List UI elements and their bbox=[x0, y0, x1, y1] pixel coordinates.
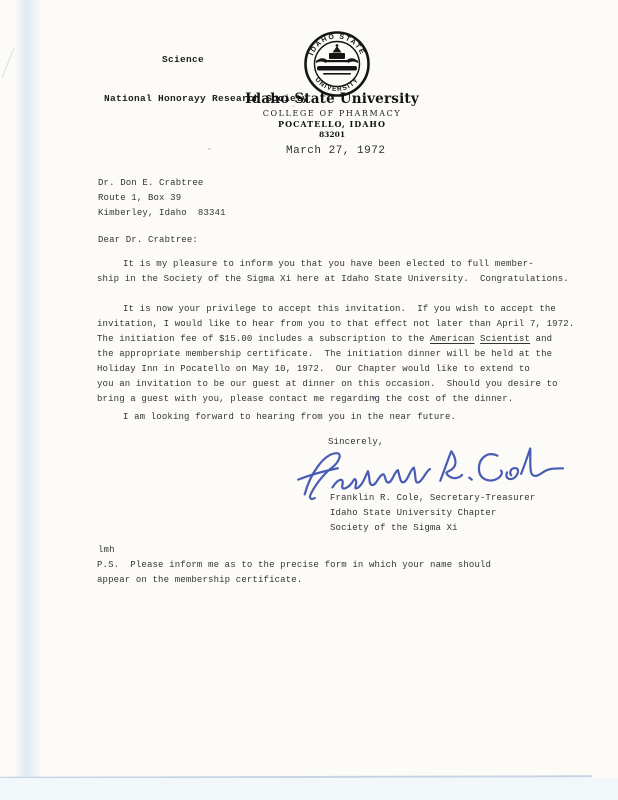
body-paragraph-3: I am looking forward to hearing from you… bbox=[97, 410, 577, 425]
letterhead-college: COLLEGE OF PHARMACY bbox=[231, 109, 433, 118]
postscript: P.S. Please inform me as to the precise … bbox=[97, 558, 577, 588]
pencil-mark bbox=[0, 44, 20, 80]
typist-initials: lmh bbox=[98, 543, 115, 558]
letterhead-city: POCATELLO, IDAHO bbox=[231, 119, 433, 129]
recipient-address: Dr. Don E. Crabtree Route 1, Box 39 Kimb… bbox=[98, 176, 226, 221]
underlined-american: American bbox=[430, 334, 474, 344]
typed-classification-line1: Science bbox=[104, 53, 308, 66]
letterhead-university: Idaho State University bbox=[231, 91, 433, 107]
scan-speck bbox=[208, 148, 211, 150]
body-paragraph-1: It is my pleasure to inform you that you… bbox=[97, 257, 577, 287]
letter-date: March 27, 1972 bbox=[286, 145, 385, 157]
salutation: Dear Dr. Crabtree: bbox=[98, 233, 198, 248]
typed-signature-block: Franklin R. Cole, Secretary-Treasurer Id… bbox=[330, 491, 535, 536]
paragraph-2-text-after: and the appropriate membership certifica… bbox=[97, 334, 558, 404]
letterhead: Idaho State University COLLEGE OF PHARMA… bbox=[231, 91, 433, 139]
scanned-letter: Science National Honorayy Research Socie… bbox=[0, 0, 618, 800]
body-paragraph-2: It is now your privilege to accept this … bbox=[97, 302, 577, 407]
university-seal-icon: IDAHO STATE UNIVERSITY bbox=[303, 30, 371, 98]
seal-building-emblem bbox=[316, 44, 358, 75]
scan-left-edge bbox=[14, 0, 42, 782]
scan-background-below-paper bbox=[0, 778, 618, 800]
letterhead-zip: 83201 bbox=[231, 130, 433, 139]
underlined-scientist: Scientist bbox=[480, 334, 530, 344]
